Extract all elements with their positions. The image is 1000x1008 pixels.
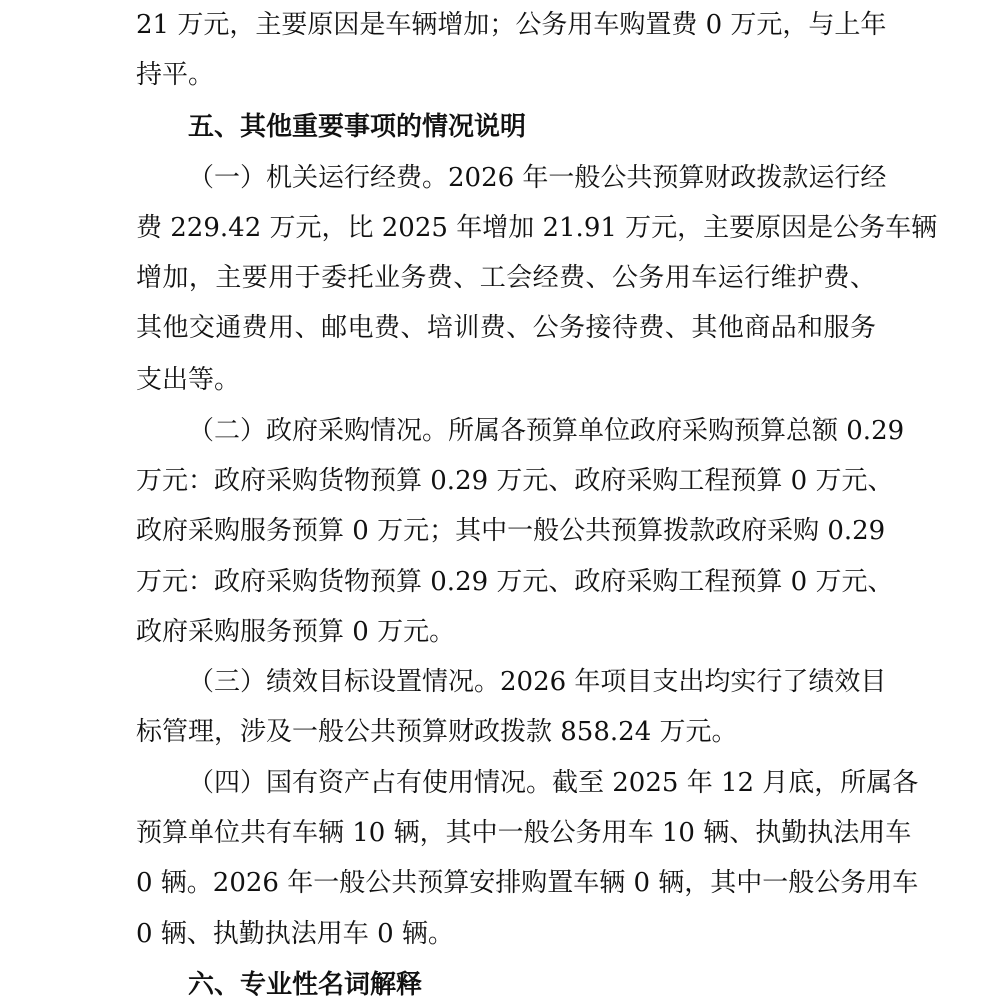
paragraph-line: 预算单位共有车辆 10 辆，其中一般公务用车 10 辆、执勤执法用车 (136, 808, 876, 858)
paragraph-line: 持平。 (136, 50, 876, 100)
paragraph-line: （二）政府采购情况。所属各预算单位政府采购预算总额 0.29 (188, 406, 876, 456)
paragraph-line: （三）绩效目标设置情况。2026 年项目支出均实行了绩效目 (188, 657, 876, 707)
paragraph-line: 万元：政府采购货物预算 0.29 万元、政府采购工程预算 0 万元、 (136, 557, 876, 607)
paragraph-line: 万元：政府采购货物预算 0.29 万元、政府采购工程预算 0 万元、 (136, 456, 876, 506)
paragraph-line: 21 万元，主要原因是车辆增加；公务用车购置费 0 万元，与上年 (136, 0, 876, 50)
paragraph-line: （一）机关运行经费。2026 年一般公共预算财政拨款运行经 (188, 153, 876, 203)
section-heading: 六、专业性名词解释 (188, 960, 422, 1008)
paragraph-line: 0 辆。2026 年一般公共预算安排购置车辆 0 辆，其中一般公务用车 (136, 858, 876, 908)
paragraph-line: 标管理，涉及一般公共预算财政拨款 858.24 万元。 (136, 707, 876, 757)
paragraph-line: （四）国有资产占有使用情况。截至 2025 年 12 月底，所属各 (188, 758, 876, 808)
paragraph-line: 政府采购服务预算 0 万元；其中一般公共预算拨款政府采购 0.29 (136, 506, 876, 556)
paragraph-line: 增加，主要用于委托业务费、工会经费、公务用车运行维护费、 (136, 253, 876, 303)
paragraph-line: 费 229.42 万元，比 2025 年增加 21.91 万元，主要原因是公务车… (136, 203, 876, 253)
section-heading: 五、其他重要事项的情况说明 (188, 102, 526, 152)
paragraph-line: 支出等。 (136, 355, 876, 405)
document-page: 21 万元，主要原因是车辆增加；公务用车购置费 0 万元，与上年 持平。 五、其… (0, 0, 1000, 1008)
paragraph-line: 政府采购服务预算 0 万元。 (136, 607, 876, 657)
paragraph-line: 0 辆、执勤执法用车 0 辆。 (136, 909, 876, 959)
paragraph-line: 其他交通费用、邮电费、培训费、公务接待费、其他商品和服务 (136, 303, 876, 353)
